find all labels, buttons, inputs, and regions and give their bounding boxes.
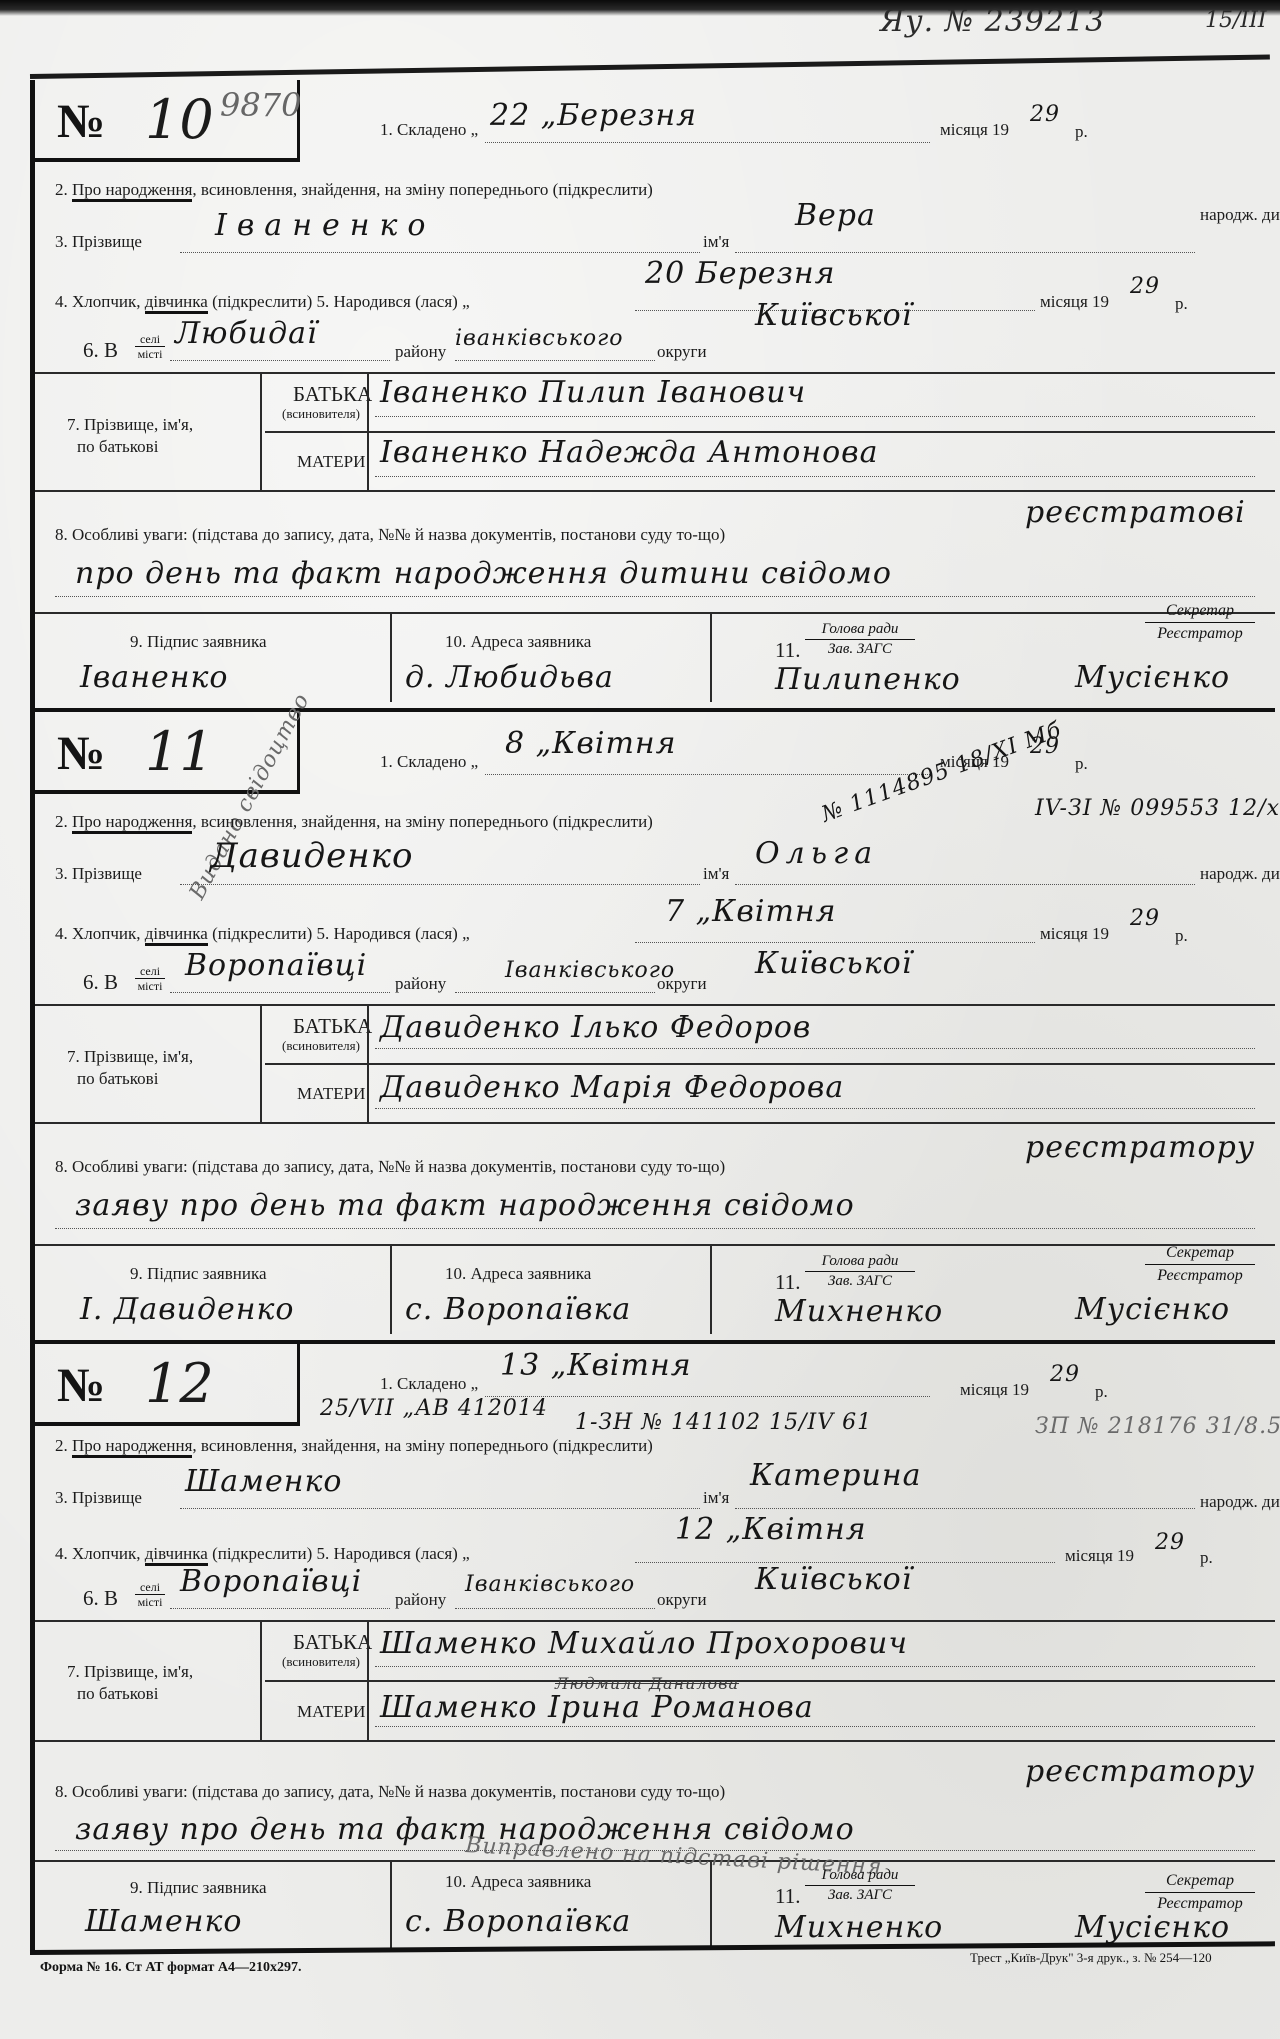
- field-2-label: 2. Про народження, всиновлення, знайденн…: [55, 180, 653, 200]
- dotted-line: [180, 884, 700, 885]
- section-rule: [35, 1620, 1275, 1622]
- year-suffix: р.: [1200, 1548, 1213, 1568]
- dotted-line: [55, 1228, 1255, 1229]
- place-label: 6. В: [83, 1586, 118, 1611]
- registrar-signature: Мусієнко: [1075, 1292, 1230, 1327]
- mother-value: Шаменко Ірина Романова: [380, 1690, 814, 1725]
- dotted-line: [170, 360, 390, 361]
- head-signature: Михненко: [775, 1294, 943, 1329]
- parents-label-2: по батькові: [77, 437, 158, 457]
- okruha-label: округи: [657, 974, 707, 994]
- applicant-signature: Іваненко: [80, 660, 228, 695]
- dotted-line: [375, 1666, 1255, 1667]
- father-value: Шаменко Михайло Прохорович: [380, 1626, 908, 1661]
- mother-label: МАТЕРИ: [297, 1084, 365, 1104]
- father-label: БАТЬКА: [293, 382, 372, 407]
- column-rule: [710, 1244, 712, 1334]
- dotted-line: [375, 1048, 1255, 1049]
- remarks-line-2: про день та факт народження дитини свідо…: [75, 556, 892, 591]
- compiled-day: 8 „Квітня: [505, 726, 677, 761]
- raion-label: району: [395, 974, 446, 994]
- dotted-line: [455, 360, 655, 361]
- born-child-label: народж. дит.: [1200, 864, 1280, 884]
- remarks-label: 8. Особливі уваги: (підстава до запису, …: [55, 1782, 725, 1802]
- dotted-line: [170, 992, 390, 993]
- first-name-value: Вера: [795, 198, 876, 233]
- gender-born-label: 4. Хлопчик, дівчинка (підкреслити) 5. На…: [55, 1544, 470, 1564]
- registrar-fraction: СекретарРеєстратор: [1145, 1242, 1255, 1287]
- registrar-fraction: СекретарРеєстратор: [1145, 600, 1255, 645]
- surname-value: Давиденко: [210, 836, 413, 876]
- mother-label: МАТЕРИ: [297, 452, 365, 472]
- dotted-line: [485, 1396, 930, 1397]
- field-2-label: 2. Про народження, всиновлення, знайденн…: [55, 1436, 653, 1456]
- dotted-line: [170, 1608, 390, 1609]
- column-rule: [710, 612, 712, 702]
- section-rule: [35, 1740, 1275, 1742]
- row-rule: [265, 431, 1275, 433]
- place-label: 6. В: [83, 338, 118, 363]
- registrar-signature: Мусієнко: [1075, 660, 1230, 695]
- compiled-day: 13 „Квітня: [500, 1348, 692, 1383]
- record-11: № 11 1. Складено „ 8 „Квітня місяця 19 2…: [35, 712, 1275, 1342]
- raion-value: Іванківського: [465, 1572, 635, 1597]
- birth-date-value: 12 „Квітня: [675, 1512, 867, 1547]
- printer-footer: Трест „Київ-Друк" 3-я друк., з. № 254—12…: [970, 1950, 1212, 1966]
- remarks-line-2: заяву про день та факт народження свідом…: [75, 1188, 855, 1223]
- record-10: № 10 9870 1. Складено „ 22 „Березня міся…: [35, 80, 1275, 710]
- parents-label-2: по батькові: [77, 1684, 158, 1704]
- dotted-line: [485, 774, 930, 775]
- okruha-value: Київської: [755, 1562, 912, 1597]
- section-rule: [35, 490, 1275, 492]
- field-2-label: 2. Про народження, всиновлення, знайденн…: [55, 812, 653, 832]
- compiled-label: 1. Складено „: [380, 752, 478, 772]
- archive-date: 15/III: [1205, 8, 1266, 33]
- archive-reference: Яу. № 239213: [880, 4, 1105, 39]
- applicant-address: с. Воропаївка: [405, 1292, 631, 1327]
- compiled-label: 1. Складено „: [380, 120, 478, 140]
- dotted-line: [375, 1726, 1255, 1727]
- compiled-year: 29: [1050, 1362, 1080, 1387]
- surname-label: 3. Прізвище: [55, 232, 142, 252]
- month-year-label: місяця 19: [1040, 924, 1109, 944]
- father-value: Давиденко Ілько Федоров: [380, 1010, 811, 1045]
- raion-label: району: [395, 1590, 446, 1610]
- record-number-box: № 12: [35, 1344, 300, 1426]
- head-fraction: Голова радиЗав. ЗАГС: [805, 1866, 915, 1905]
- month-year-label: місяця 19: [960, 1380, 1029, 1400]
- column-rule: [367, 1004, 369, 1122]
- official-label: 11.: [775, 1884, 800, 1909]
- parents-label: 7. Прізвище, ім'я,: [67, 1662, 193, 1682]
- record-12: № 12 1. Складено „ 13 „Квітня місяця 19 …: [35, 1344, 1275, 1950]
- record-number: 12: [145, 1352, 214, 1415]
- form-footer: Форма № 16. Ст АТ формат А4—210х297.: [40, 1960, 301, 1976]
- column-rule: [390, 1860, 392, 1950]
- dotted-line: [180, 1508, 700, 1509]
- first-name-value: Ольга: [755, 836, 878, 871]
- parents-label: 7. Прізвище, ім'я,: [67, 1047, 193, 1067]
- birth-year: 29: [1155, 1530, 1185, 1555]
- dotted-line: [55, 596, 1255, 597]
- month-year-label: місяця 19: [1040, 292, 1109, 312]
- okruha-label: округи: [657, 342, 707, 362]
- year-suffix: р.: [1075, 122, 1088, 142]
- applicant-signature: І. Давиденко: [80, 1292, 295, 1327]
- applicant-address-label: 10. Адреса заявника: [445, 632, 591, 652]
- margin-note: 1-ЗН № 141102 15/IV 61: [575, 1410, 872, 1435]
- compiled-day: 22 „Березня: [490, 98, 697, 133]
- column-rule: [390, 1244, 392, 1334]
- father-value: Іваненко Пилип Іванович: [380, 375, 806, 410]
- mother-struck-name: Людмила Данилова: [555, 1674, 739, 1693]
- column-rule: [367, 1620, 369, 1740]
- record-number-note: 9870: [220, 86, 301, 124]
- year-suffix: р.: [1175, 926, 1188, 946]
- month-year-label: місяця 19: [940, 120, 1009, 140]
- mother-value: Давиденко Марія Федорова: [380, 1070, 844, 1105]
- section-rule: [35, 1004, 1275, 1006]
- surname-value: Іваненко: [215, 208, 435, 243]
- birth-year: 29: [1130, 906, 1160, 931]
- place-label: 6. В: [83, 970, 118, 995]
- row-rule: [265, 1680, 1275, 1682]
- first-name-value: Катерина: [750, 1458, 921, 1493]
- village-town-fraction: селімісті: [135, 1580, 165, 1609]
- section-rule: [35, 1122, 1275, 1124]
- dotted-line: [455, 1608, 655, 1609]
- name-label: ім'я: [703, 864, 729, 884]
- section-rule: [35, 1244, 1275, 1246]
- section-rule: [35, 372, 1275, 374]
- village-town-fraction: селімісті: [135, 964, 165, 993]
- father-label: БАТЬКА: [293, 1630, 372, 1655]
- okruha-value: Київської: [755, 946, 912, 981]
- top-rule: [30, 55, 1270, 79]
- dotted-line: [455, 992, 655, 993]
- dotted-line: [735, 1508, 1195, 1509]
- dotted-line: [180, 252, 700, 253]
- parents-label-2: по батькові: [77, 1069, 158, 1089]
- gender-born-label: 4. Хлопчик, дівчинка (підкреслити) 5. На…: [55, 924, 470, 944]
- surname-label: 3. Прізвище: [55, 1488, 142, 1508]
- remarks-line-1: реєстратору: [1025, 1130, 1255, 1165]
- record-number: 11: [145, 720, 214, 783]
- father-label: БАТЬКА: [293, 1014, 372, 1039]
- registrar-fraction: СекретарРеєстратор: [1145, 1870, 1255, 1915]
- number-sign: №: [57, 94, 105, 149]
- applicant-address: д. Любидьва: [405, 660, 614, 695]
- margin-note: 25/VII „АВ 412014: [320, 1396, 548, 1421]
- row-rule: [265, 1063, 1275, 1065]
- mother-label: МАТЕРИ: [297, 1702, 365, 1722]
- mother-value: Іваненко Надежда Антонова: [380, 435, 879, 470]
- name-label: ім'я: [703, 232, 729, 252]
- born-child-label: народж. дит.: [1200, 205, 1280, 225]
- village-value: Воропаївці: [185, 948, 367, 983]
- village-town-fraction: селімісті: [135, 332, 165, 361]
- dotted-line: [735, 884, 1195, 885]
- official-label: 11.: [775, 1270, 800, 1295]
- applicant-signature-label: 9. Підпис заявника: [130, 632, 267, 652]
- applicant-signature-label: 9. Підпис заявника: [130, 1264, 267, 1284]
- head-fraction: Голова радиЗав. ЗАГС: [805, 620, 915, 659]
- village-value: Любидаї: [175, 316, 318, 351]
- column-rule: [260, 1620, 262, 1740]
- year-suffix: р.: [1175, 294, 1188, 314]
- father-sub-label: (всиновителя): [282, 406, 360, 422]
- applicant-signature: Шаменко: [85, 1904, 242, 1939]
- remarks-label: 8. Особливі уваги: (підстава до запису, …: [55, 1157, 725, 1177]
- dotted-line: [375, 1108, 1255, 1109]
- head-signature: Михненко: [775, 1910, 943, 1945]
- margin-note: IV-ЗІ № 099553 12/х-59 р: [1035, 796, 1280, 821]
- surname-value: Шаменко: [185, 1464, 342, 1499]
- raion-value: Іванківського: [505, 958, 675, 983]
- year-suffix: р.: [1095, 1382, 1108, 1402]
- compiled-label: 1. Складено „: [380, 1374, 478, 1394]
- number-sign: №: [57, 726, 105, 781]
- village-value: Воропаївці: [180, 1564, 362, 1599]
- father-sub-label: (всиновителя): [282, 1038, 360, 1054]
- year-suffix: р.: [1075, 754, 1088, 774]
- remarks-line-1: реєстратові: [1025, 495, 1246, 530]
- record-number-box: № 10 9870: [35, 80, 300, 162]
- birth-date-value: 20 Березня: [645, 256, 835, 291]
- gender-born-label: 4. Хлопчик, дівчинка (підкреслити) 5. На…: [55, 292, 470, 312]
- dotted-line: [635, 942, 1035, 943]
- birth-year: 29: [1130, 274, 1160, 299]
- remarks-line-1: реєстратору: [1025, 1754, 1255, 1789]
- remarks-label: 8. Особливі уваги: (підстава до запису, …: [55, 525, 725, 545]
- column-rule: [710, 1860, 712, 1950]
- section-rule: [35, 612, 1275, 614]
- surname-label: 3. Прізвище: [55, 864, 142, 884]
- head-signature: Пилипенко: [775, 662, 961, 697]
- raion-label: району: [395, 342, 446, 362]
- column-rule: [260, 372, 262, 490]
- dotted-line: [375, 416, 1255, 417]
- dotted-line: [735, 252, 1195, 253]
- father-sub-label: (всиновителя): [282, 1654, 360, 1670]
- applicant-address: с. Воропаївка: [405, 1904, 631, 1939]
- registrar-signature: Мусієнко: [1075, 1910, 1230, 1945]
- dotted-line: [485, 142, 930, 143]
- name-label: ім'я: [703, 1488, 729, 1508]
- parents-label: 7. Прізвище, ім'я,: [67, 415, 193, 435]
- applicant-address-label: 10. Адреса заявника: [445, 1264, 591, 1284]
- month-year-label: місяця 19: [1065, 1546, 1134, 1566]
- margin-note: № 1114895 18/XI Мб: [818, 717, 1065, 827]
- record-number: 10: [145, 88, 214, 151]
- number-sign: №: [57, 1358, 105, 1413]
- column-rule: [367, 372, 369, 490]
- column-rule: [260, 1004, 262, 1122]
- column-rule: [390, 612, 392, 702]
- birth-date-value: 7 „Квітня: [665, 894, 837, 929]
- okruha-label: округи: [657, 1590, 707, 1610]
- official-label: 11.: [775, 638, 800, 663]
- applicant-address-label: 10. Адреса заявника: [445, 1872, 591, 1892]
- applicant-signature-label: 9. Підпис заявника: [130, 1878, 267, 1898]
- margin-note: ЗП № 218176 31/8.51: [1035, 1414, 1280, 1439]
- dotted-line: [375, 476, 1255, 477]
- okruha-value: Київської: [755, 298, 912, 333]
- born-child-label: народж. дит.: [1200, 1492, 1280, 1512]
- scanned-register-page: Яу. № 239213 15/III № 10 9870 1. Складен…: [0, 0, 1280, 2039]
- head-fraction: Голова радиЗав. ЗАГС: [805, 1252, 915, 1291]
- compiled-year: 29: [1030, 102, 1060, 127]
- raion-value: іванківського: [455, 326, 623, 351]
